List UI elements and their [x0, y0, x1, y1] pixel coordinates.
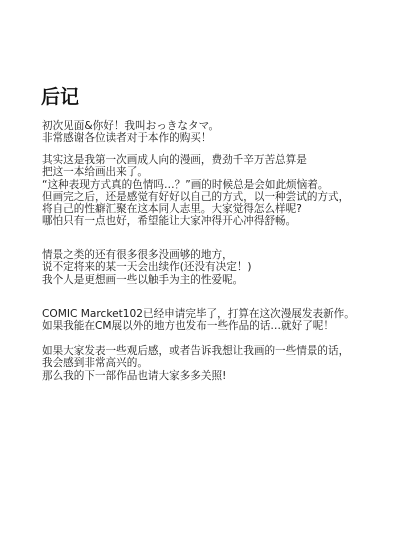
text-line: 情景之类的还有很多很多没画够的地方， — [42, 249, 382, 261]
page-title: 后记 — [41, 86, 79, 108]
paragraph-closing: 如果大家发表一些观后感，或者告诉我想让我画的一些情景的话， 我会感到非常高兴的。… — [42, 345, 382, 382]
text-line: 如果大家发表一些观后感，或者告诉我想让我画的一些情景的话， — [42, 345, 382, 357]
paragraph-sequel: 情景之类的还有很多很多没画够的地方， 说不定将来的某一天会出续作(还没有决定！)… — [42, 249, 382, 286]
text-line: 那么我的下一部作品也请大家多多关照! — [42, 370, 382, 382]
text-line: 如果我能在CM展以外的地方也发布一些作品的话…就好了呢！ — [42, 320, 382, 332]
text-line: COMIC Marcket102已经申请完毕了，打算在这次漫展发表新作。 — [42, 308, 382, 320]
text-line: 哪怕只有一点也好，希望能让大家冲得开心冲得舒畅。 — [42, 215, 382, 227]
text-line: “这种表现方式真的色情吗…？”画的时候总是会如此烦恼着。 — [42, 179, 382, 191]
text-line: 我个人是更想画一些以触手为主的性爱呢。 — [42, 274, 382, 286]
text-line: 说不定将来的某一天会出续作(还没有决定！) — [42, 261, 382, 273]
text-line: 我会感到非常高兴的。 — [42, 357, 382, 369]
paragraph-greeting: 初次见面&你好！我叫おっきなタマ。 非常感谢各位读者对于本作的购买！ — [42, 120, 382, 145]
paragraph-first-work: 其实这是我第一次画成人向的漫画，费劲千辛万苦总算是 把这一本给画出来了。 “这种… — [42, 154, 382, 228]
text-line: 初次见面&你好！我叫おっきなタマ。 — [42, 120, 382, 132]
afterword-page: 后记 初次见面&你好！我叫おっきなタマ。 非常感谢各位读者对于本作的购买！ 其实… — [0, 0, 400, 556]
text-line: 将自己的性癖汇聚在这本同人志里。大家觉得怎么样呢? — [42, 203, 382, 215]
paragraph-comiket: COMIC Marcket102已经申请完毕了，打算在这次漫展发表新作。 如果我… — [42, 308, 382, 333]
text-line: 非常感谢各位读者对于本作的购买！ — [42, 132, 382, 144]
text-line: 但画完之后，还是感觉有好好以自己的方式，以一种尝试的方式， — [42, 191, 382, 203]
text-line: 其实这是我第一次画成人向的漫画，费劲千辛万苦总算是 — [42, 154, 382, 166]
text-line: 把这一本给画出来了。 — [42, 166, 382, 178]
